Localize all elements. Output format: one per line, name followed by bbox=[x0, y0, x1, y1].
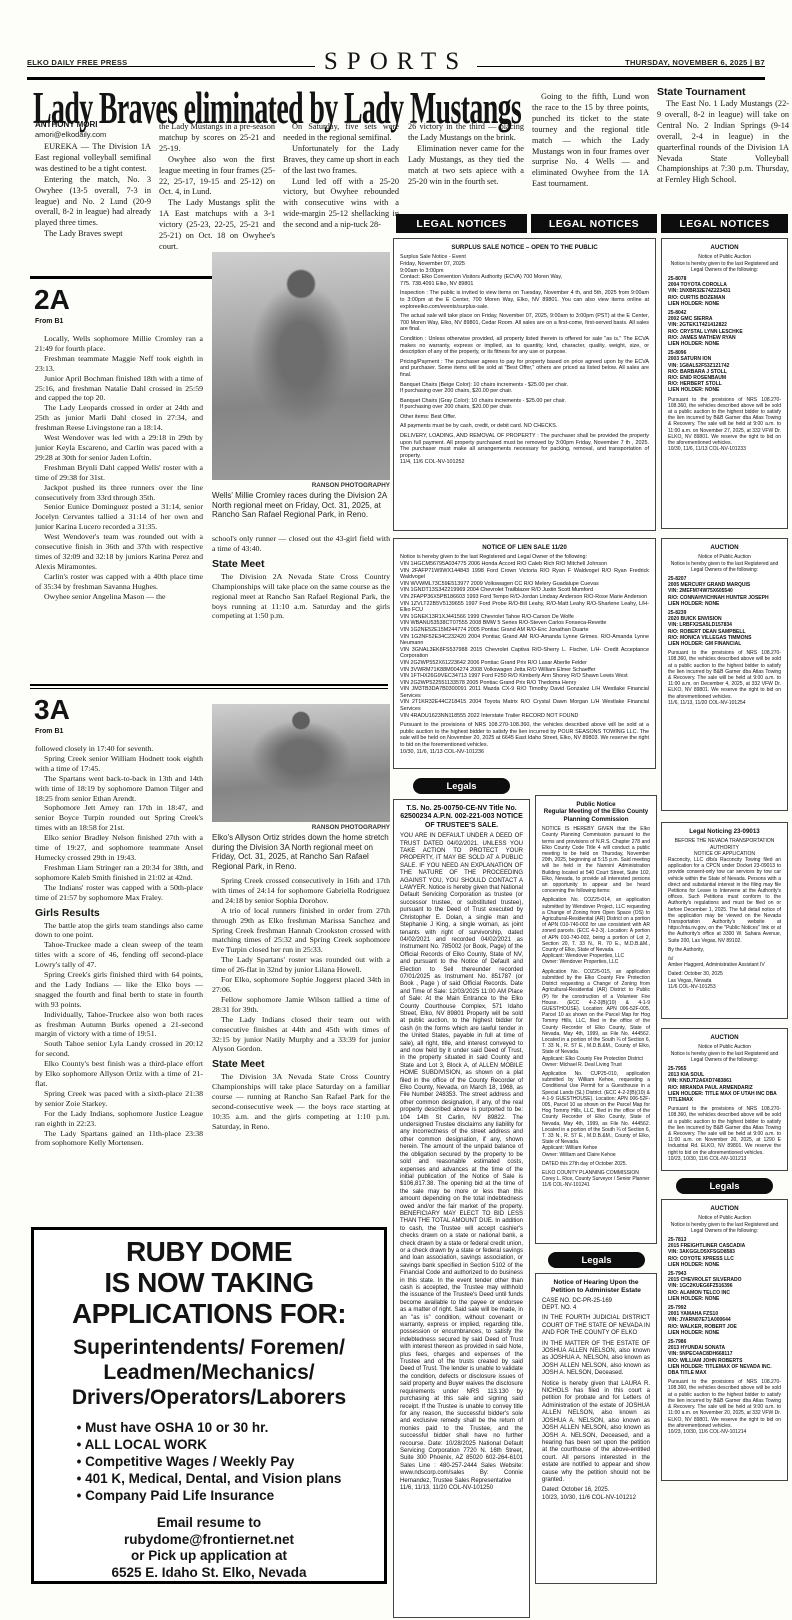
auction-4-title: AUCTION bbox=[668, 1205, 781, 1212]
surplus-sale-title: SURPLUS SALE NOTICE – OPEN TO THE PUBLIC bbox=[400, 244, 649, 251]
legal-notice-auction-3: AUCTION Notice of Public AuctionNotice i… bbox=[661, 1028, 788, 1171]
section-3a-continuation: Spring Creek crossed consecutively in 16… bbox=[212, 876, 390, 1054]
legal-notices-bar-2: LEGAL NOTICES bbox=[531, 214, 657, 233]
ad-title: RUBY DOMEIS NOW TAKINGAPPLICATIONS FOR: bbox=[34, 1236, 384, 1329]
state-meet-subhead-3a: State Meet bbox=[212, 1058, 390, 1070]
girls-results-subhead: Girls Results bbox=[35, 907, 203, 919]
photo-allyson-ortiz bbox=[212, 704, 390, 822]
photo-caption-3a: Elko's Allyson Ortiz strides down the ho… bbox=[212, 833, 390, 871]
legal-notice-trustee-sale: T.S. No. 25-00750-CE-NV Title No. 625002… bbox=[393, 799, 530, 1618]
auction-1-intro: Notice of Public AuctionNotice is hereby… bbox=[668, 254, 781, 273]
legal-notice-estate-hearing: Notice of Hearing Upon the Petition to A… bbox=[535, 1273, 657, 1584]
state-meet-text-3a: The Division 3A Nevada State Cross Count… bbox=[212, 1072, 390, 1131]
surplus-sale-body: Surplus Sale Notice - Event Friday, Nove… bbox=[400, 254, 649, 466]
trustee-sale-title: T.S. No. 25-00750-CE-NV Title No. 625002… bbox=[400, 805, 523, 830]
section-2a-right-column: school's only runner — closed out the 43… bbox=[212, 534, 390, 682]
legal-notice-auction-2: AUCTION Notice of Public AuctionNotice i… bbox=[661, 538, 788, 811]
photo-millie-cromley bbox=[212, 252, 390, 480]
ad-job-list: Superintendents/ Foremen/Leadmen/Mechani… bbox=[34, 1335, 384, 1410]
auction-1-title: AUCTION bbox=[668, 244, 781, 251]
masthead-rule-right bbox=[477, 66, 765, 67]
estate-body: CASE NO. DC-PR-25-169 DEPT. NO. 4IN THE … bbox=[542, 1298, 650, 1503]
section-divider-rule bbox=[30, 684, 388, 689]
lead-column-5: Going to the fifth, Lund won the race to… bbox=[532, 92, 649, 210]
section-2a-from: From B1 bbox=[35, 318, 63, 325]
section-3a-right-column: Spring Creek crossed consecutively in 16… bbox=[212, 876, 390, 1222]
auction-1-footer: Pursuant to the provisions of NRS 108.27… bbox=[668, 397, 781, 453]
section-2a-label: 2A bbox=[34, 284, 70, 316]
lead-byline: ANTHONY MORI bbox=[35, 120, 98, 129]
section-3a-girls-text: The battle atop the girls team standings… bbox=[35, 921, 203, 1149]
estate-title: Notice of Hearing Upon the Petition to A… bbox=[542, 1279, 650, 1295]
legal-notice-planning-commission: Public Notice Regular Meeting of the Elk… bbox=[535, 795, 657, 1244]
auction-2-intro: Notice of Public AuctionNotice is hereby… bbox=[668, 554, 781, 573]
lien-sale-title: NOTICE OF LIEN SALE 11/20 bbox=[400, 544, 649, 551]
photo-credit-3a: RANSON PHOTOGRAPHY bbox=[212, 824, 390, 831]
planning-body: NOTICE IS HEREBY GIVEN that the Elko Cou… bbox=[542, 826, 650, 1188]
auction-2-title: AUCTION bbox=[668, 544, 781, 551]
legal-notice-nta-application: Legal Noticing 23-09013 BEFORE THE NEVAD… bbox=[661, 822, 788, 1019]
nta-intro: BEFORE THE NEVADA TRANSPORTATION AUTHORI… bbox=[668, 838, 781, 857]
ad-contact-info: Email resume torubydome@frontiernet.neto… bbox=[34, 1515, 384, 1581]
state-meet-text-2a: The Division 2A Nevada State Cross Count… bbox=[212, 572, 390, 622]
legal-notice-lien-sale: NOTICE OF LIEN SALE 11/20 Notice is here… bbox=[393, 538, 656, 769]
state-tournament-subhead: State Tournament bbox=[657, 86, 789, 98]
legals-pill-c: Legals bbox=[676, 1178, 773, 1194]
lead-column-6: State Tournament The East No. 1 Lady Mus… bbox=[657, 86, 789, 210]
trustee-sale-body: YOU ARE IN DEFAULT UNDER A DEED OF TRUST… bbox=[400, 833, 523, 1492]
auction-4-vehicles: 25-7813 2015 FREIGHTLINER CASCADIA VIN: … bbox=[668, 1237, 781, 1376]
auction-1-vehicles: 25-8078 2004 TOYOTA COROLLA VIN: 1NXBR32… bbox=[668, 276, 781, 394]
legals-pill-a: Legals bbox=[413, 778, 510, 794]
legal-notice-auction-1: AUCTION Notice of Public AuctionNotice i… bbox=[661, 238, 788, 529]
section-3a-left-column: followed closely in 17:40 for seventh.Sp… bbox=[35, 744, 203, 1222]
legal-notices-bar-3: LEGAL NOTICES bbox=[661, 214, 788, 233]
lead-column-1: EUREKA — The Division 1A East regional v… bbox=[35, 142, 151, 276]
masthead-rule-left bbox=[27, 66, 315, 67]
section-2a-left-column: Locally, Wells sophomore Millie Cromley … bbox=[35, 334, 203, 682]
masthead-rule-thick bbox=[27, 77, 765, 80]
planning-title: Public Notice Regular Meeting of the Elk… bbox=[542, 801, 650, 823]
legal-notice-surplus-sale: SURPLUS SALE NOTICE – OPEN TO THE PUBLIC… bbox=[393, 238, 656, 531]
state-tournament-text: The East No. 1 Lady Mustangs (22-9 overa… bbox=[657, 99, 789, 186]
legals-pill-b: Legals bbox=[548, 1252, 645, 1268]
auction-4-intro: Notice of Public AuctionNotice is hereby… bbox=[668, 1215, 781, 1234]
legal-notice-auction-4: AUCTION Notice of Public AuctionNotice i… bbox=[661, 1199, 788, 1481]
ruby-dome-ad: RUBY DOMEIS NOW TAKINGAPPLICATIONS FOR: … bbox=[31, 1227, 387, 1584]
photo-caption-2a: Wells' Millie Cromley races during the D… bbox=[212, 491, 390, 520]
section-3a-boys-text: followed closely in 17:40 for seventh.Sp… bbox=[35, 744, 203, 903]
nta-body: Raconcity, LLC d/b/a Raconcity Towing fi… bbox=[668, 857, 781, 990]
section-3a-from: From B1 bbox=[35, 728, 63, 735]
section-3a-label: 3A bbox=[34, 694, 70, 726]
auction-2-footer: Pursuant to the provisions of NRS 108.27… bbox=[668, 650, 781, 706]
lead-byline-email: amori@elkodaily.com bbox=[35, 130, 106, 139]
nta-title: Legal Noticing 23-09013 bbox=[668, 828, 781, 835]
lead-column-4: 26 victory in the third — placing the La… bbox=[408, 122, 524, 214]
section-2a-continuation: school's only runner — closed out the 43… bbox=[212, 534, 390, 554]
auction-4-footer: Pursuant to the provisions of NRS 108.27… bbox=[668, 1379, 781, 1435]
auction-3-title: AUCTION bbox=[668, 1034, 781, 1041]
auction-3-intro: Notice of Public AuctionNotice is hereby… bbox=[668, 1044, 781, 1063]
auction-2-vehicles: 25-8207 2005 MERCURY GRAND MARQUIS VIN: … bbox=[668, 576, 781, 647]
lien-sale-body: Notice is hereby given to the last Regis… bbox=[400, 554, 649, 755]
auction-3-footer: Pursuant to the provisions of NRS 108.27… bbox=[668, 1106, 781, 1162]
photo-credit-2a: RANSON PHOTOGRAPHY bbox=[212, 482, 390, 489]
newspaper-page: ELKO DAILY FREE PRESS SPORTS THURSDAY, N… bbox=[0, 0, 792, 1620]
legal-notices-bar-1: LEGAL NOTICES bbox=[396, 214, 527, 233]
auction-3-vehicles: 25-7955 2013 KIA SOUL VIN: KNDJT2A6XD748… bbox=[668, 1066, 781, 1103]
ad-bullets: Must have OSHA 10 or 30 hr.ALL LOCAL WOR… bbox=[77, 1419, 342, 1504]
state-meet-subhead-2a: State Meet bbox=[212, 558, 390, 570]
